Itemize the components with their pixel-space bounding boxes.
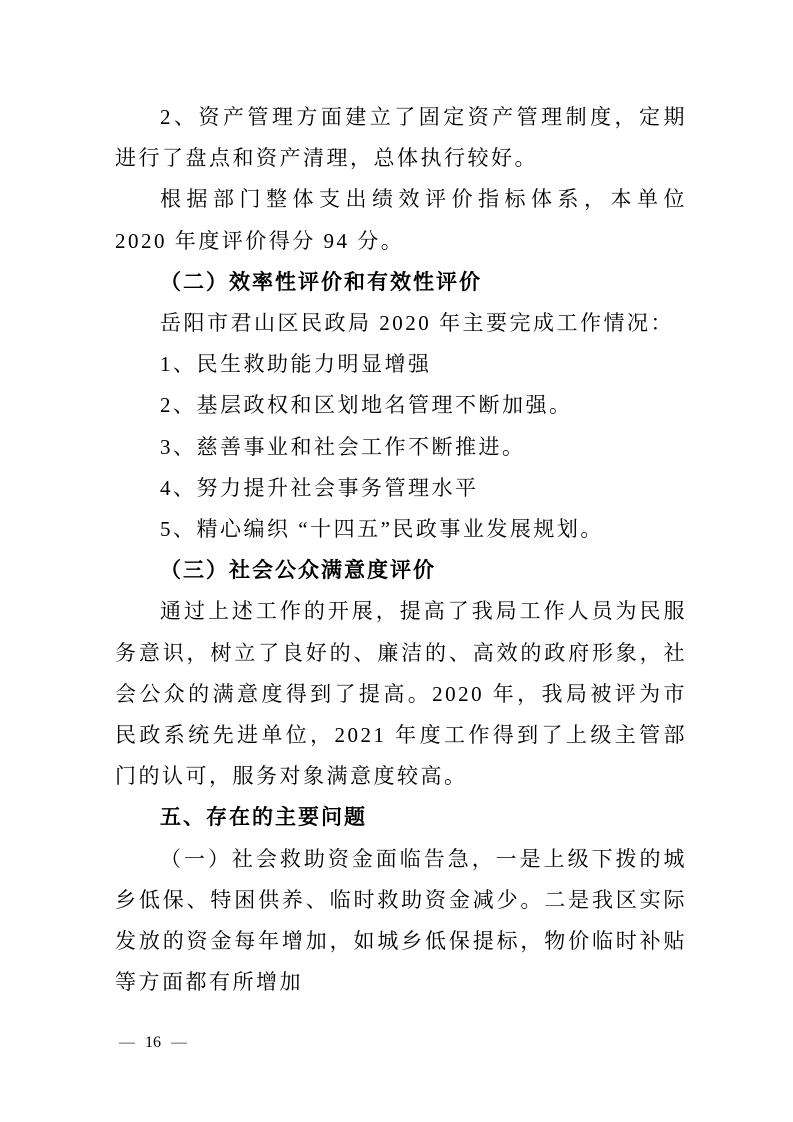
footer-dash-right: — [169,1034,189,1051]
section-heading-main-problems: 五、存在的主要问题 [115,797,687,838]
numbered-item-1: 1、民生救助能力明显增强 [115,344,687,385]
paragraph-satisfaction-detail: 通过上述工作的开展，提高了我局工作人员为民服务意识，树立了良好的、廉洁的、高效的… [115,591,687,797]
footer-dash-left: — [117,1034,137,1051]
numbered-item-5: 5、精心编织 “十四五”民政事业发展规划。 [115,509,687,550]
document-body: 2、资产管理方面建立了固定资产管理制度，定期进行了盘点和资产清理，总体执行较好。… [115,97,687,1003]
numbered-item-2: 2、基层政权和区划地名管理不断加强。 [115,385,687,426]
paragraph-evaluation-score: 根据部门整体支出绩效评价指标体系，本单位 2020 年度评价得分 94 分。 [115,179,687,261]
numbered-item-3: 3、慈善事业和社会工作不断推进。 [115,427,687,468]
paragraph-problems-detail: （一）社会救助资金面临告急，一是上级下拨的城乡低保、特困供养、临时救助资金减少。… [115,839,687,1004]
section-heading-efficiency-evaluation: （二）效率性评价和有效性评价 [115,262,687,303]
page-footer: —16— [117,1034,189,1052]
page-number: 16 [137,1034,169,1051]
paragraph-asset-management: 2、资产管理方面建立了固定资产管理制度，定期进行了盘点和资产清理，总体执行较好。 [115,97,687,179]
numbered-item-4: 4、努力提升社会事务管理水平 [115,468,687,509]
section-heading-public-satisfaction: （三）社会公众满意度评价 [115,550,687,591]
document-page: 2、资产管理方面建立了固定资产管理制度，定期进行了盘点和资产清理，总体执行较好。… [0,0,793,1122]
paragraph-work-completed-intro: 岳阳市君山区民政局 2020 年主要完成工作情况： [115,303,687,344]
